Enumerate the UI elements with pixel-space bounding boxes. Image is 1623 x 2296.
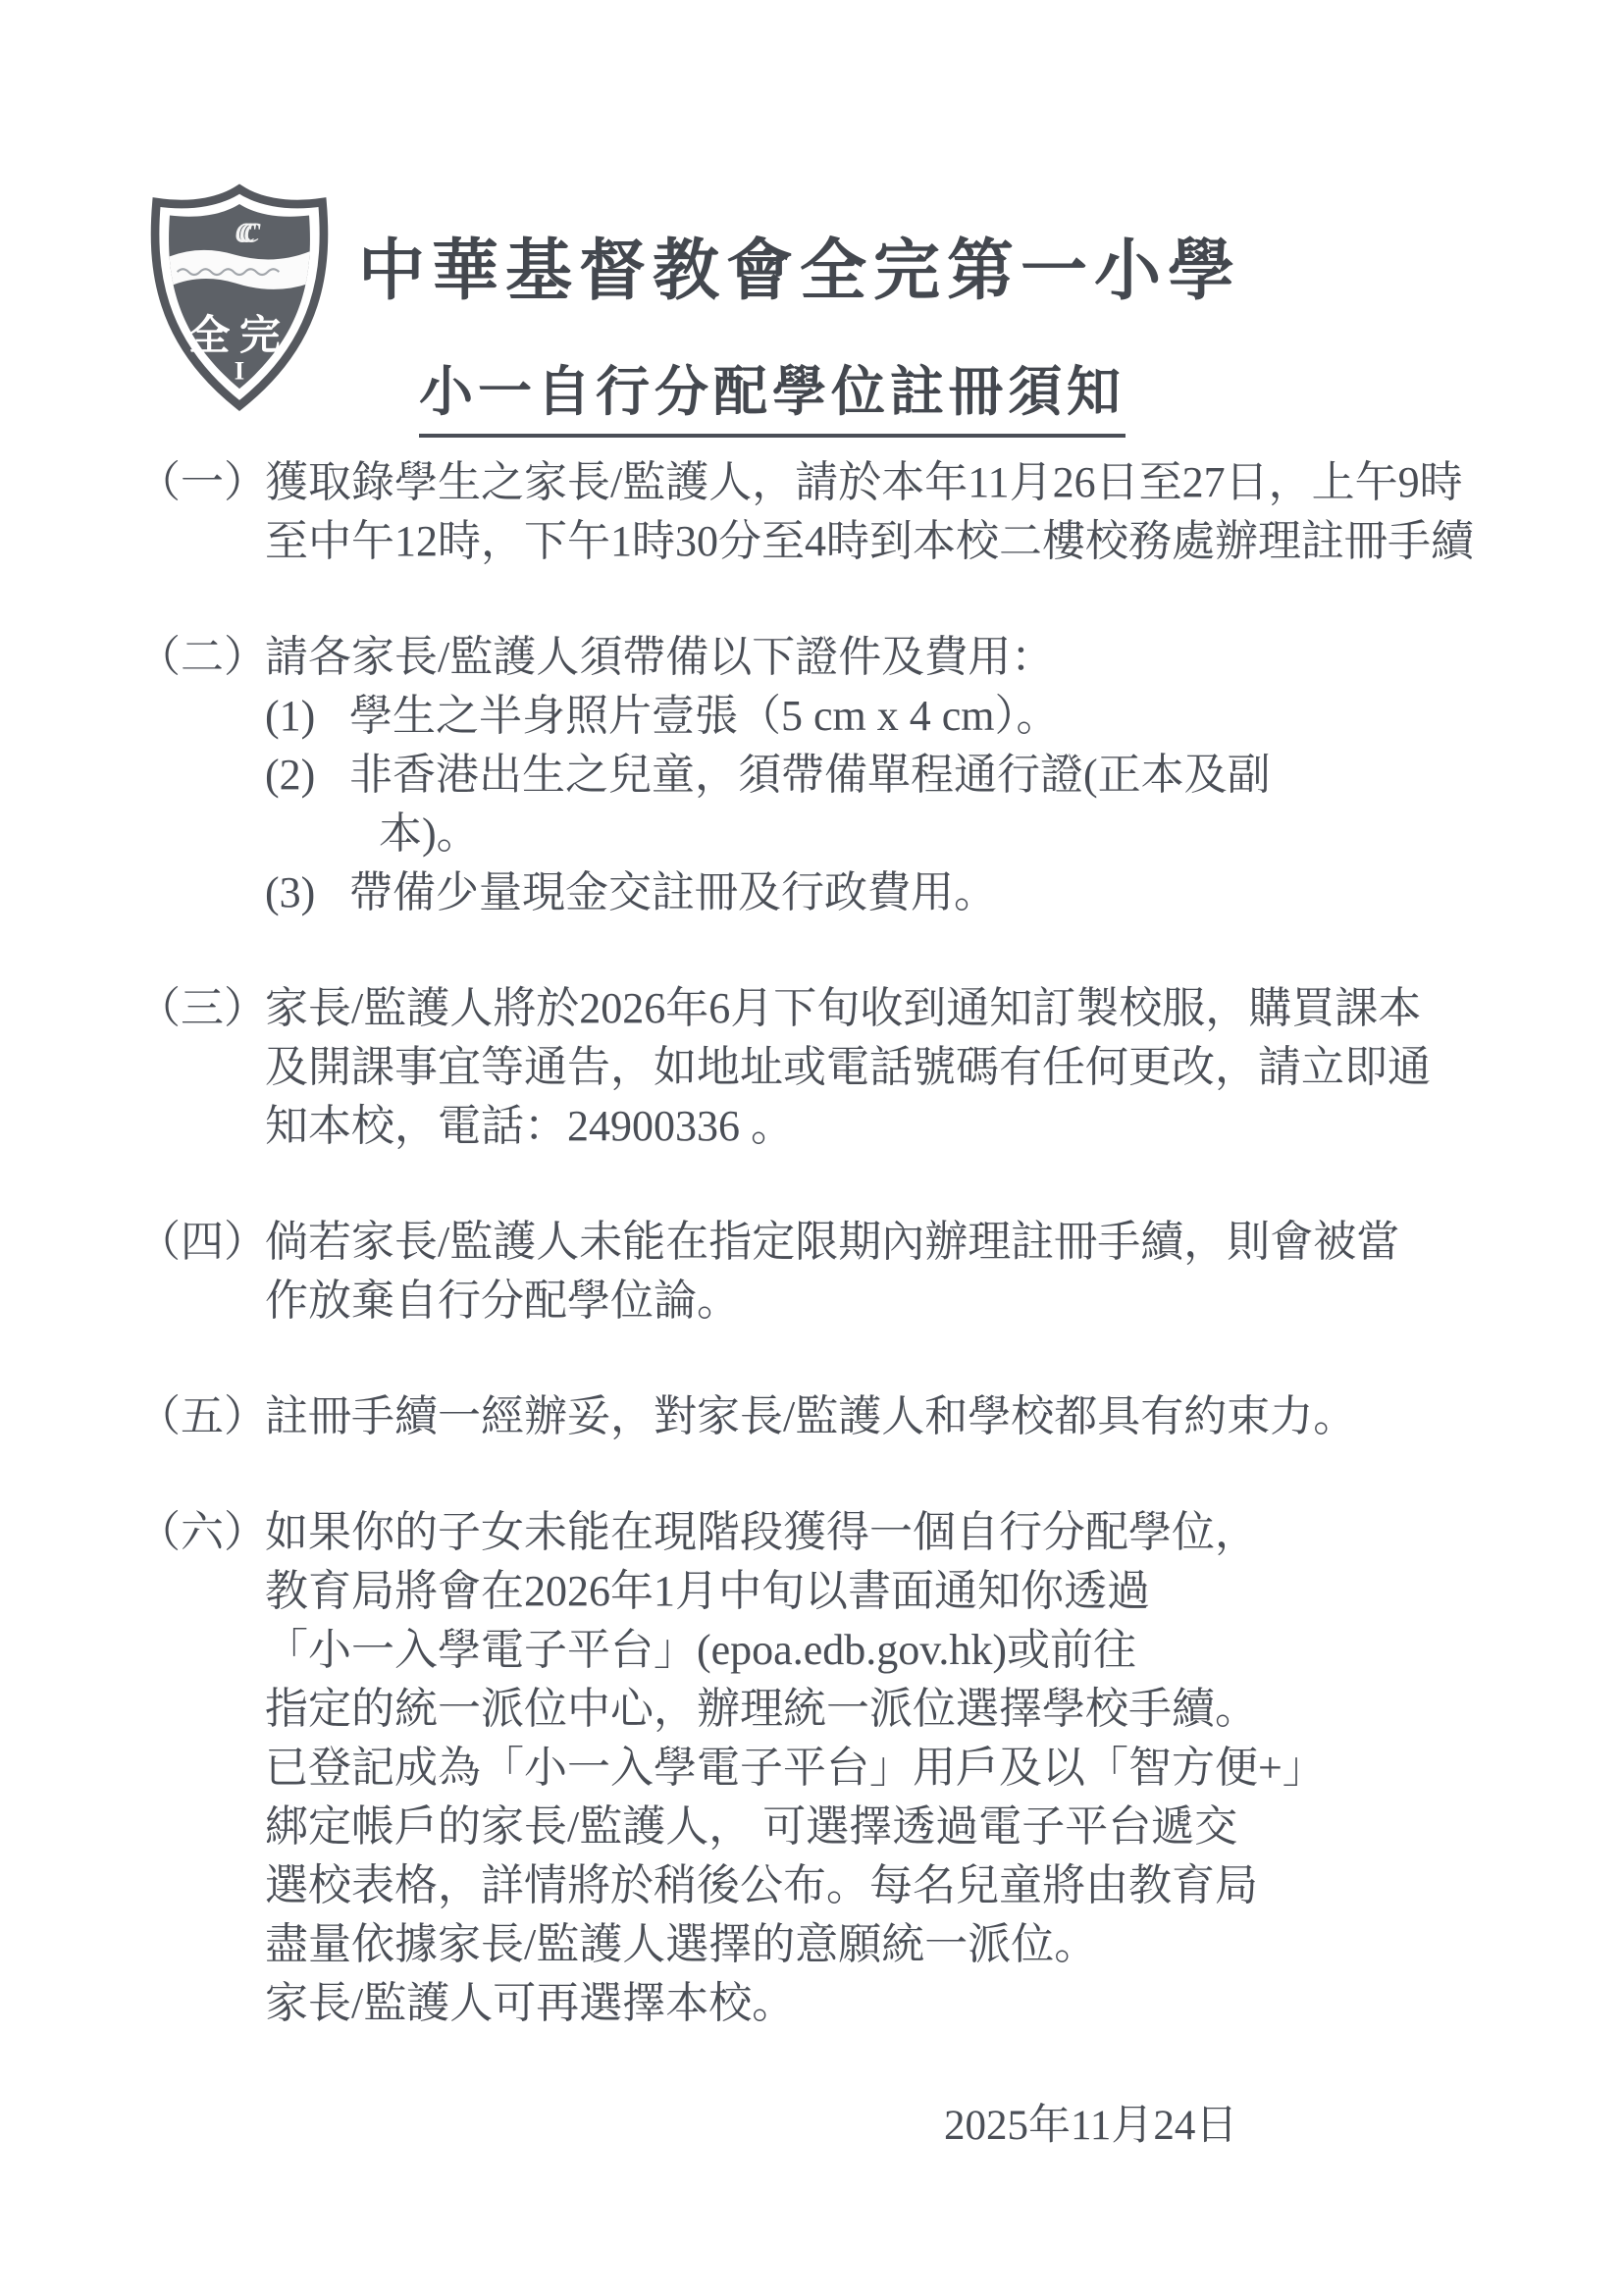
sub-item-label: (1) xyxy=(265,687,349,746)
sub-item-3: (3) 帶備少量現金交註冊及行政費用。 xyxy=(265,863,1550,922)
section-line: 家長/監護人將於2026年6月下旬收到通知訂製校服，購買課本 xyxy=(265,979,1550,1038)
section-label: （一） xyxy=(137,453,265,571)
sub-item-1: (1) 學生之半身照片壹張（5 cm x 4 cm）。 xyxy=(265,687,1550,746)
scanned-notice-page: ccc 全完 I 中華基督教會全完第一小學 小一自行分配學位註冊須知 （一） 獲… xyxy=(0,0,1623,2296)
sub-item-line: 本)。 xyxy=(379,805,1550,863)
sub-item-2: (2) 非香港出生之兒童，須帶備單程通行證(正本及副 本)。 xyxy=(265,746,1550,863)
sub-item-line: 帶備少量現金交註冊及行政費用。 xyxy=(349,863,1550,922)
section-label: （五） xyxy=(137,1387,265,1446)
section-line: 及開課事宜等通告，如地址或電話號碼有任何更改，請立即通 xyxy=(265,1038,1550,1097)
shield-numeral: I xyxy=(235,356,244,386)
section-line: 請各家長/監護人須帶備以下證件及費用： xyxy=(265,628,1550,687)
section-line: 如果你的子女未能在現階段獲得一個自行分配學位， xyxy=(265,1503,1550,1562)
section-label: （六） xyxy=(137,1503,265,2033)
section-line: 選校表格，詳情將於稍後公布。每名兒童將由教育局 xyxy=(265,1856,1550,1915)
section-label: （二） xyxy=(137,628,265,922)
section-line: 倘若家長/監護人未能在指定限期內辦理註冊手續，則會被當 xyxy=(265,1213,1550,1272)
school-name: 中華基督教會全完第一小學 xyxy=(358,218,1241,313)
section-label: （四） xyxy=(137,1213,265,1331)
school-crest-icon: ccc 全完 I xyxy=(145,183,334,414)
shield-characters: 全完 xyxy=(188,312,290,358)
sub-item-line: 非香港出生之兒童，須帶備單程通行證(正本及副 xyxy=(349,746,1550,805)
sub-item-label: (2) xyxy=(265,746,349,863)
section-line: 家長/監護人可再選擇本校。 xyxy=(265,1974,1550,2033)
sub-item-label: (3) xyxy=(265,863,349,922)
section-line: 知本校，電話：24900336 。 xyxy=(265,1097,1550,1156)
section-5: （五） 註冊手續一經辦妥，對家長/監護人和學校都具有約束力。 xyxy=(137,1387,1550,1446)
school-logo: ccc 全完 I xyxy=(145,183,334,414)
section-line: 「小一入學電子平台」(epoa.edb.gov.hk)或前往 xyxy=(265,1621,1550,1680)
issue-date: 2025年11月24日 xyxy=(944,2092,1237,2152)
section-4: （四） 倘若家長/監護人未能在指定限期內辦理註冊手續，則會被當 作放棄自行分配學… xyxy=(137,1213,1550,1331)
section-line: 綁定帳戶的家長/監護人， 可選擇透過電子平台遞交 xyxy=(265,1798,1550,1856)
section-line: 教育局將會在2026年1月中旬以書面通知你透過 xyxy=(265,1562,1550,1621)
sub-item-line: 學生之半身照片壹張（5 cm x 4 cm）。 xyxy=(349,687,1550,746)
section-line: 盡量依據家長/監護人選擇的意願統一派位。 xyxy=(265,1915,1550,1974)
document-header: 中華基督教會全完第一小學 小一自行分配學位註冊須知 xyxy=(358,218,1241,438)
section-6: （六） 如果你的子女未能在現階段獲得一個自行分配學位， 教育局將會在2026年1… xyxy=(137,1503,1550,2033)
section-line: 作放棄自行分配學位論。 xyxy=(265,1272,1550,1331)
notice-body: （一） 獲取錄學生之家長/監護人，請於本年11月26日至27日，上午9時 至中午… xyxy=(137,453,1550,2090)
section-2: （二） 請各家長/監護人須帶備以下證件及費用： (1) 學生之半身照片壹張（5 … xyxy=(137,628,1550,922)
section-1: （一） 獲取錄學生之家長/監護人，請於本年11月26日至27日，上午9時 至中午… xyxy=(137,453,1550,571)
section-line: 獲取錄學生之家長/監護人，請於本年11月26日至27日，上午9時 xyxy=(265,453,1550,512)
section-3: （三） 家長/監護人將於2026年6月下旬收到通知訂製校服，購買課本 及開課事宜… xyxy=(137,979,1550,1156)
section-line: 至中午12時，下午1時30分至4時到本校二樓校務處辦理註冊手續 xyxy=(265,512,1550,571)
section-label: （三） xyxy=(137,979,265,1156)
section-line: 已登記成為「小一入學電子平台」用戶及以「智方便+」 xyxy=(265,1739,1550,1798)
notice-title: 小一自行分配學位註冊須知 xyxy=(419,348,1126,438)
section-line: 指定的統一派位中心，辦理統一派位選擇學校手續。 xyxy=(265,1680,1550,1739)
section-line: 註冊手續一經辦妥，對家長/監護人和學校都具有約束力。 xyxy=(265,1387,1550,1446)
